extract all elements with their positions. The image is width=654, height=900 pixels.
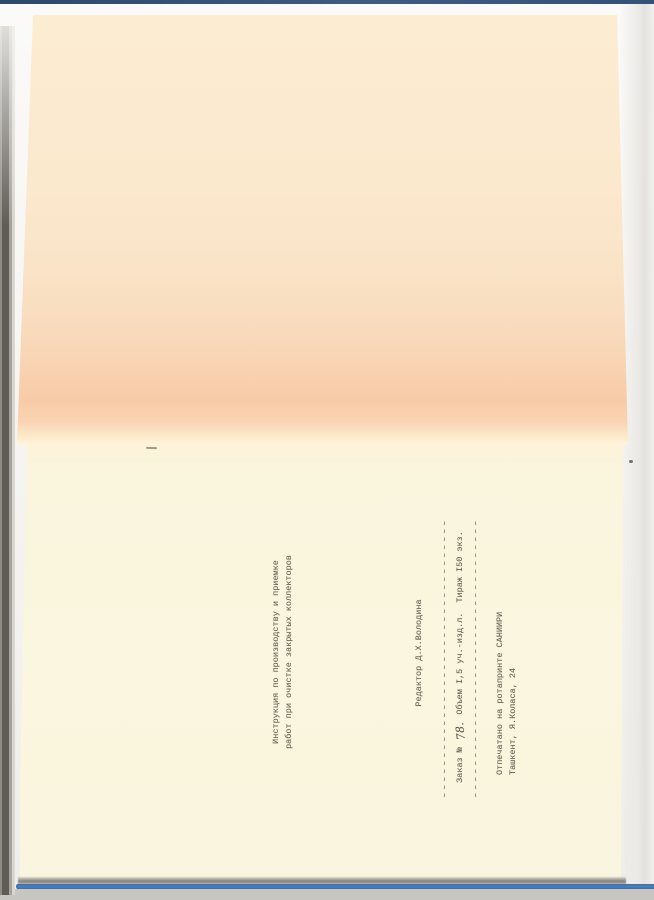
editor-credit: Редактор Д.Х.Володина [413, 593, 425, 713]
editor-credit-text: Редактор Д.Х.Володина [413, 593, 425, 713]
dust-speck [629, 460, 633, 463]
printer-line-2: Ташкент, Я.Коласа, 24 [507, 605, 520, 775]
book-spine-fade [0, 26, 15, 226]
scanner-bed-bottom [0, 889, 654, 900]
booklet-title-rotated: Инструкция по производству и приемке раб… [270, 552, 296, 752]
imprint-page [20, 444, 626, 878]
print-run-info: Тираж I50 экз. [455, 531, 465, 602]
scanner-edge-bottom-blue [16, 884, 654, 889]
title-line-2: работ при очистке закрытых коллекторов [283, 552, 296, 752]
volume-info: Объем I,5 уч.-изд.л. [455, 613, 465, 715]
printer-line-1: Отпечатано на ротапринте САНИИРИ [494, 605, 507, 775]
title-line-1: Инструкция по производству и приемке [270, 552, 283, 752]
page-bottom-edge-shadow [18, 877, 626, 884]
scanner-right-margin [620, 4, 654, 888]
print-order-info-box: Заказ №78. Объем I,5 уч.-изд.л. Тираж I5… [444, 517, 476, 797]
scanner-edge-top [0, 0, 654, 4]
fold-crease-mark [146, 447, 157, 449]
order-number-handwritten: 78. [453, 722, 468, 741]
order-label: Заказ № [455, 747, 465, 783]
printer-imprint: Отпечатано на ротапринте САНИИРИ Ташкент… [494, 605, 520, 775]
scanned-booklet-spread: Инструкция по производству и приемке раб… [0, 0, 654, 900]
cover-inside-page [14, 15, 628, 444]
